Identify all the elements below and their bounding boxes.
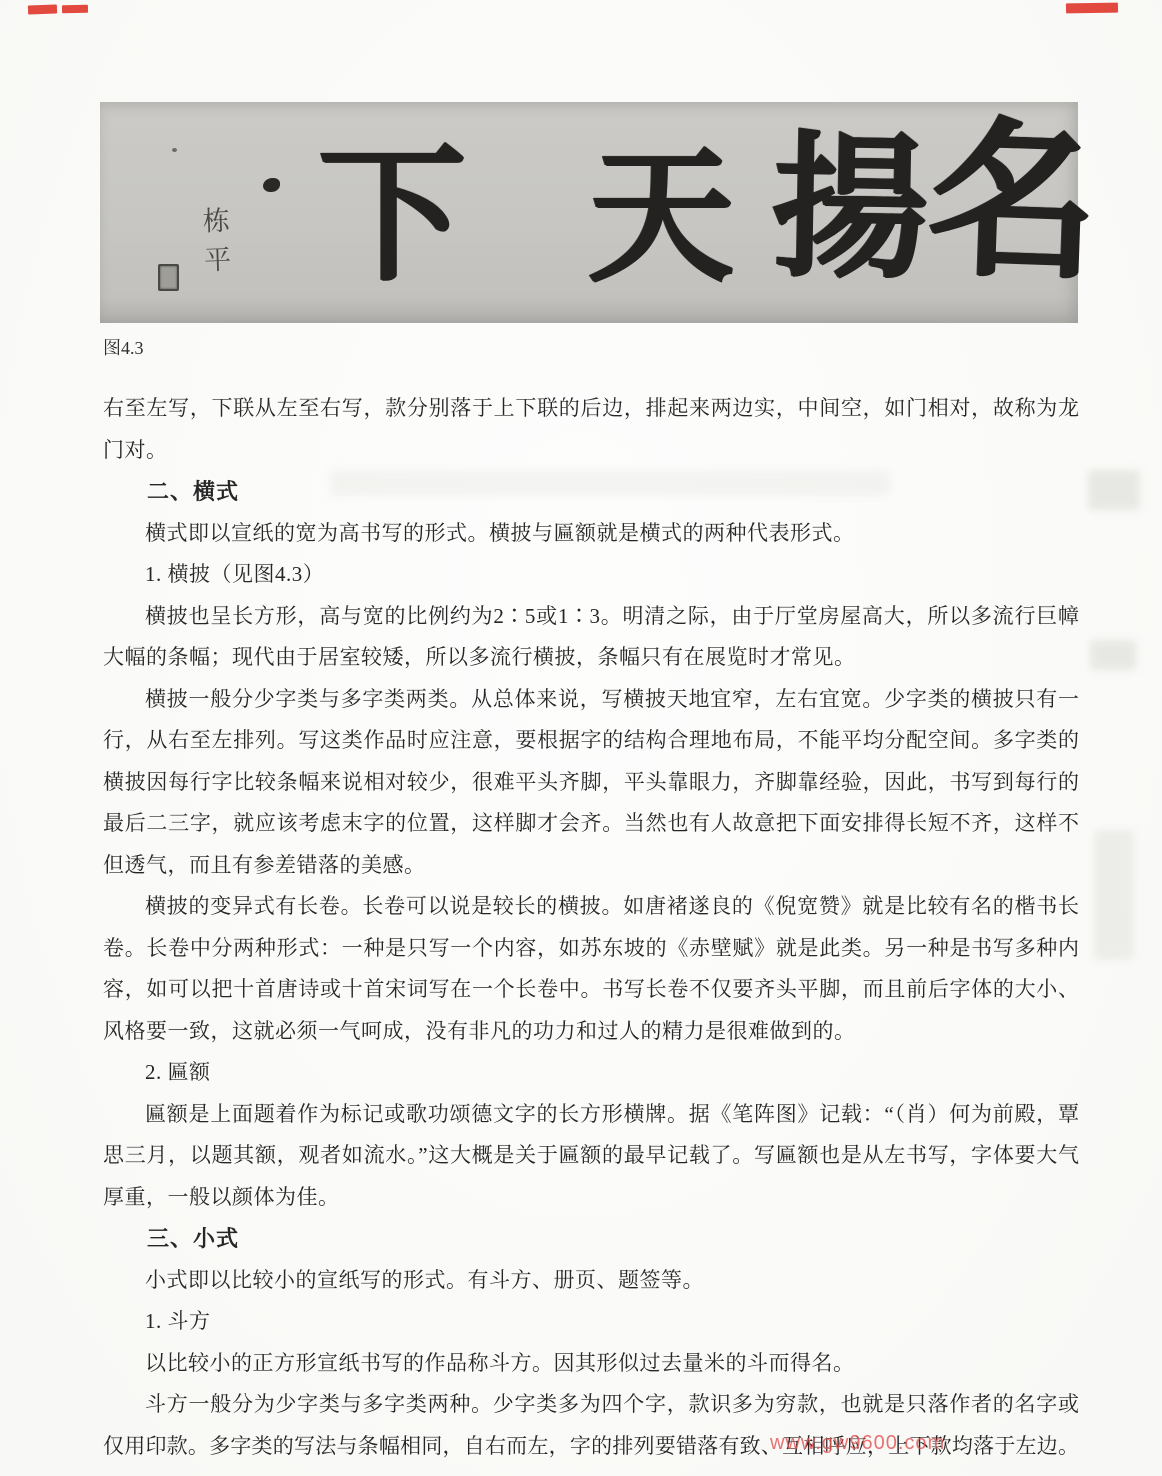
calligrapher-signature: 栋平 [199, 201, 236, 280]
text-line: 横式即以宣纸的宽为高书写的形式。横披与匾额就是横式的两种代表形式。 [103, 513, 1079, 555]
ink-dot [172, 148, 177, 152]
calligraphy-character: 下 [318, 140, 466, 288]
seal-stamp [158, 264, 179, 291]
red-pen-mark [1066, 3, 1118, 14]
text-line: 厚重，一般以颜体为佳。 [103, 1177, 1079, 1219]
text-line: 行，从右至左排列。写这类作品时应注意，要根据字的结构合理地布局，不能平均分配空间… [103, 720, 1079, 762]
text-line: 横披一般分少字类与多字类两类。从总体来说，写横披天地宜窄，左右宜宽。少字类的横披… [103, 679, 1079, 721]
calligraphy-figure: 栋平 下天揚名 [100, 102, 1078, 323]
text-line: 横披也呈长方形，高与宽的比例约为2∶5或1∶3。明清之际，由于厅堂房屋高大，所以… [103, 596, 1079, 638]
text-line: 思三月，以题其额，观者如流水。”这大概是关于匾额的最早记载了。写匾额也是从左书写… [103, 1135, 1079, 1177]
text-line: 右至左写，下联从左至右写，款分别落于上下联的后边，排起来两边实，中间空，如门相对… [103, 388, 1079, 430]
text-line: 容，如可以把十首唐诗或十首宋词写在一个长卷中。书写长卷不仅要齐头平脚，而且前后字… [103, 969, 1079, 1011]
text-line: 卷。长卷中分两种形式：一种是只写一个内容，如苏东坡的《赤壁赋》就是此类。另一种是… [103, 928, 1079, 970]
signature-character: 平 [200, 241, 235, 281]
text-line: 小式即以比较小的宣纸写的形式。有斗方、册页、题签等。 [103, 1260, 1079, 1302]
section-heading: 三、小式 [103, 1218, 1079, 1260]
text-line: 1. 斗方 [103, 1301, 1079, 1343]
text-line: 最后二三字，就应该考虑末字的位置，这样脚才会齐。当然也有人故意把下面安排得长短不… [103, 803, 1079, 845]
text-line: 匾额是上面题着作为标记或歌功颂德文字的长方形横牌。据《笔阵图》记载：“（肖）何为… [103, 1094, 1079, 1136]
text-line: 风格要一致，这就必须一气呵成，没有非凡的功力和过人的精力是很难做到的。 [103, 1011, 1079, 1053]
text-line: 门对。 [103, 430, 1079, 472]
signature-character: 栋 [199, 201, 234, 241]
scan-artifact [1094, 830, 1134, 960]
calligraphy-character: 揚 [771, 129, 930, 288]
text-line: 斗方一般分为少字类与多字类两种。少字类多为四个字，款识多为穷款，也就是只落作者的… [103, 1384, 1079, 1426]
scan-artifact [1090, 640, 1136, 670]
text-line: 横披因每行字比较条幅来说相对较少，很难平头齐脚，平头靠眼力，齐脚靠经验，因此，书… [103, 762, 1079, 804]
red-pen-mark [28, 4, 57, 14]
scan-artifact [1088, 470, 1140, 510]
text-line: 横披的变异式有长卷。长卷可以说是较长的横披。如唐褚遂良的《倪宽赞》就是比较有名的… [103, 886, 1079, 928]
calligraphy-character: 天 [588, 144, 734, 290]
scan-artifact [330, 470, 890, 496]
red-pen-mark [62, 5, 88, 13]
ink-blot [263, 178, 280, 192]
text-line: 1. 横披（见图4.3） [103, 554, 1079, 596]
text-line: 以比较小的正方形宣纸书写的作品称斗方。因其形似过去量米的斗而得名。 [103, 1343, 1079, 1385]
body-text: 右至左写，下联从左至右写，款分别落于上下联的后边，排起来两边实，中间空，如门相对… [103, 388, 1079, 1467]
calligraphy-character: 名 [925, 113, 1101, 289]
text-line: 大幅的条幅；现代由于居室较矮，所以多流行横披，条幅只有在展览时才常见。 [103, 637, 1079, 679]
scanned-book-page: 栋平 下天揚名 图4.3 右至左写，下联从左至右写，款分别落于上下联的后边，排起… [0, 0, 1162, 1476]
figure-caption: 图4.3 [103, 334, 144, 360]
watermark-url: www.gw9600.com [770, 1432, 945, 1455]
text-line: 2. 匾额 [103, 1052, 1079, 1094]
text-line: 但透气，而且有参差错落的美感。 [103, 845, 1079, 887]
